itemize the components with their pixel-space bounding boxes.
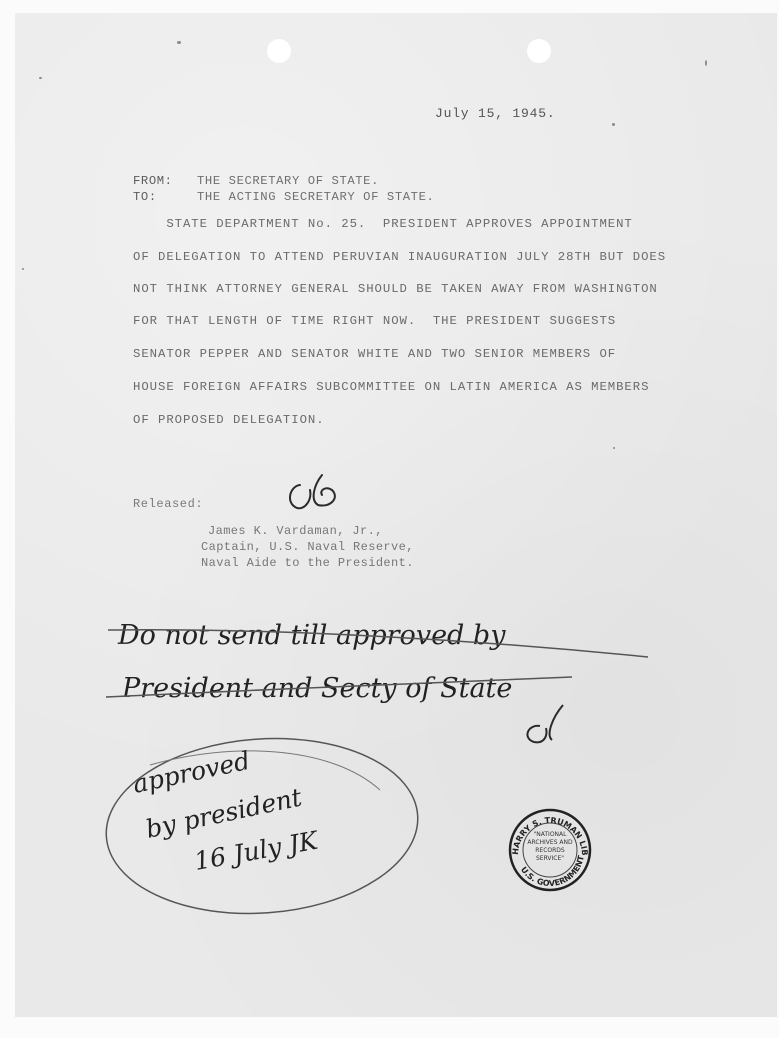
struck-note-line-1: Do not send till approved by: [117, 620, 506, 651]
handwriting-layer: Do not send till approved by President a…: [0, 0, 779, 1038]
approval-line-3: 16 July JK: [192, 825, 321, 875]
approval-line-1: approved: [130, 746, 252, 799]
stamp-center-3: RECORDS: [535, 847, 565, 854]
stamp-top-arc: HARRY S. TRUMAN LIBRARY: [0, 0, 589, 856]
struck-note-line-2: President and Secty of State: [121, 673, 512, 704]
approval-oval: approved by president 16 July JK: [100, 728, 423, 923]
stamp-center-2: ARCHIVES AND: [527, 839, 573, 846]
stamp-center-4: SERVICE": [536, 855, 564, 862]
stamp-center-1: "NATIONAL: [534, 831, 568, 838]
archives-stamp: HARRY S. TRUMAN LIBRARY U.S. GOVERNMENT …: [0, 0, 590, 890]
released-initials-mark: [290, 475, 335, 508]
struck-note: Do not send till approved by President a…: [106, 620, 648, 742]
